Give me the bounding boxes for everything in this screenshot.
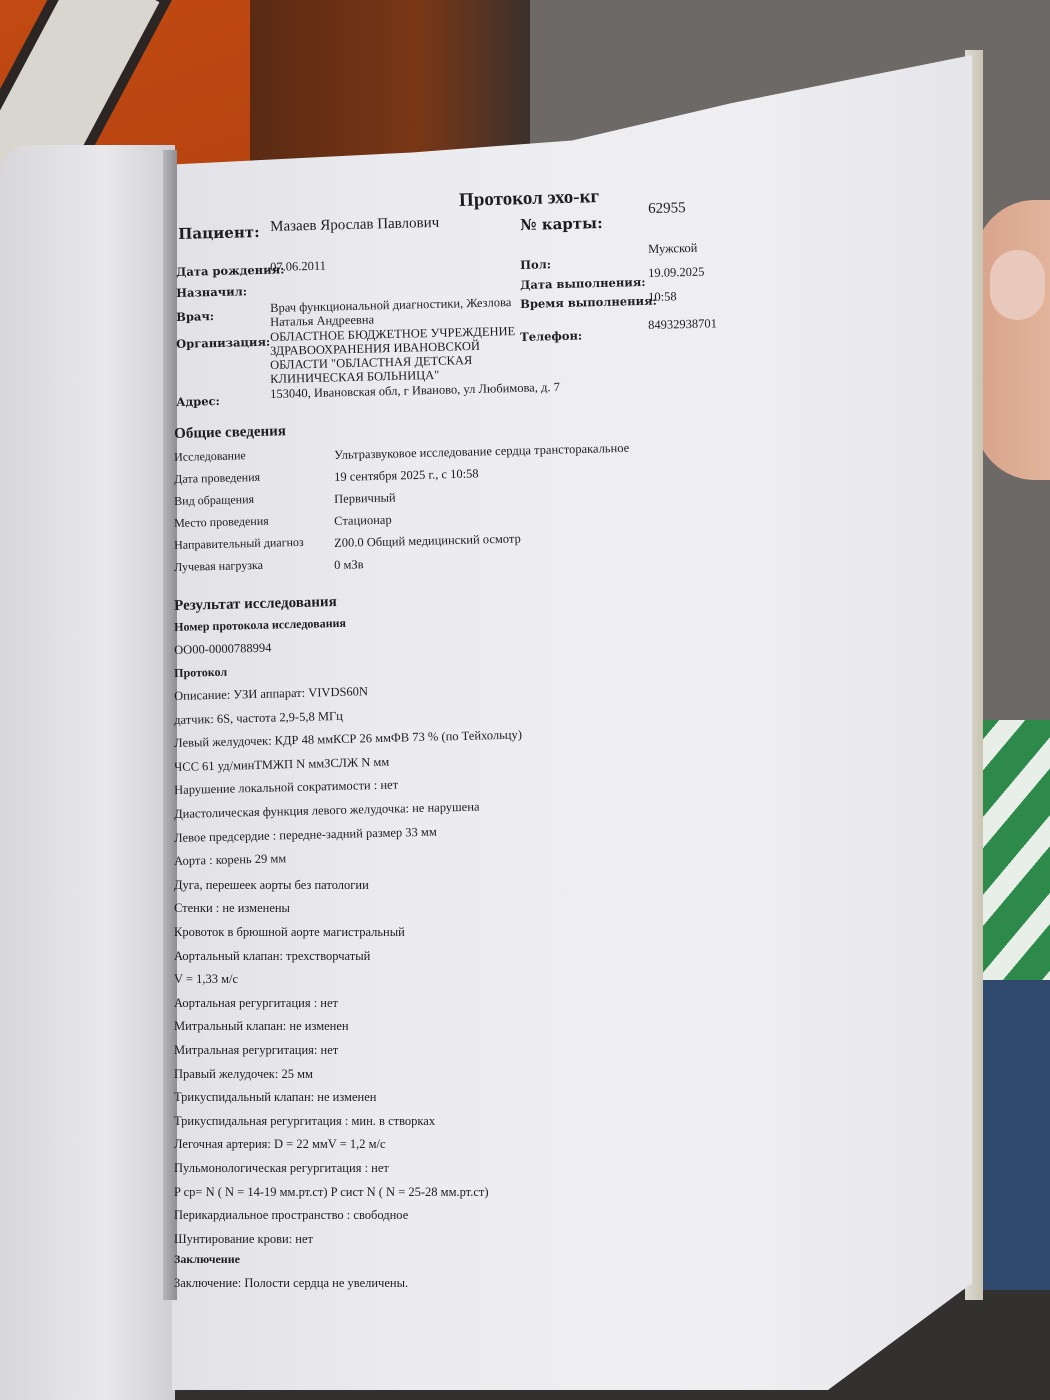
document-title: Протокол эхо-кг [459, 186, 600, 212]
conclusion-label: Заключение [174, 1252, 240, 1267]
doctor-label: Врач: [176, 309, 214, 324]
general-row-label: Лучевая нагрузка [174, 558, 263, 575]
protocol-line: Пульмонологическая регургитация : нет [174, 1161, 389, 1176]
binder-left-page [0, 145, 175, 1400]
general-row-label: Вид обращения [174, 492, 254, 509]
patient-label: Пациент: [178, 223, 260, 243]
general-row-value: 0 мЗв [334, 557, 364, 573]
protocol-line: Трикуспидальный клапан: не изменен [174, 1090, 376, 1105]
conclusion-value: Заключение: Полости сердца не увеличены. [174, 1276, 408, 1291]
protocol-line: Митральная регургитация: нет [174, 1043, 338, 1058]
thumbnail [990, 250, 1045, 320]
protocol-line: Перикардиальное пространство : свободное [174, 1208, 408, 1223]
protocol-line: Шунтирование крови: нет [174, 1232, 313, 1247]
card-value: 62955 [648, 201, 686, 217]
assigned-label: Назначил: [176, 284, 247, 300]
general-row-value: Первичный [334, 490, 396, 506]
protocol-line: Легочная артерия: D = 22 ммV = 1,2 м/с [174, 1137, 386, 1152]
protocol-line: V = 1,33 м/с [174, 972, 238, 987]
hand [975, 200, 1050, 480]
protocol-line: Стенки : не изменены [174, 901, 290, 916]
birth-value: 07.06.2011 [270, 259, 326, 275]
phone-label: Телефон: [520, 328, 582, 344]
sex-value: Мужской [648, 241, 698, 257]
protocol-line: P ср= N ( N = 14-19 мм.рт.ст) P сист N (… [174, 1185, 489, 1200]
general-row-label: Направительный диагноз [174, 535, 304, 553]
general-row-value: Стационар [334, 513, 392, 529]
protocol-line: Правый желудочек: 25 мм [174, 1067, 313, 1082]
background-dark-object [250, 0, 530, 170]
general-row-label: Исследование [174, 448, 246, 465]
protocol-label: Протокол [174, 665, 227, 681]
protocol-line: Аортальная регургитация : нет [174, 996, 338, 1011]
general-row-label: Дата проведения [174, 470, 260, 487]
protocol-line: Кровоток в брюшной аорте магистральный [174, 925, 405, 940]
protocol-number-value: ОО00-0000788994 [174, 641, 272, 658]
birth-label: Дата рождения: [176, 262, 285, 279]
protocol-line: Дуга, перешеек аорты без патологии [174, 878, 369, 893]
exec-time-value: 10:58 [648, 289, 677, 305]
exec-date-value: 19.09.2025 [648, 265, 705, 281]
protocol-line: Аортальный клапан: трехстворчатый [174, 949, 370, 964]
card-label: № карты: [520, 214, 603, 234]
phone-value: 84932938701 [648, 316, 717, 333]
protocol-line: Трикуспидальная регургитация : мин. в ст… [174, 1114, 435, 1129]
org-label: Организация: [176, 335, 270, 351]
protocol-line: Митральный клапан: не изменен [174, 1019, 349, 1034]
address-label: Адрес: [176, 394, 220, 409]
general-section-title: Общие сведения [174, 423, 286, 443]
general-row-label: Место проведения [174, 514, 269, 531]
protocol-line: Аорта : корень 29 мм [174, 851, 286, 869]
sex-label: Пол: [520, 257, 551, 272]
